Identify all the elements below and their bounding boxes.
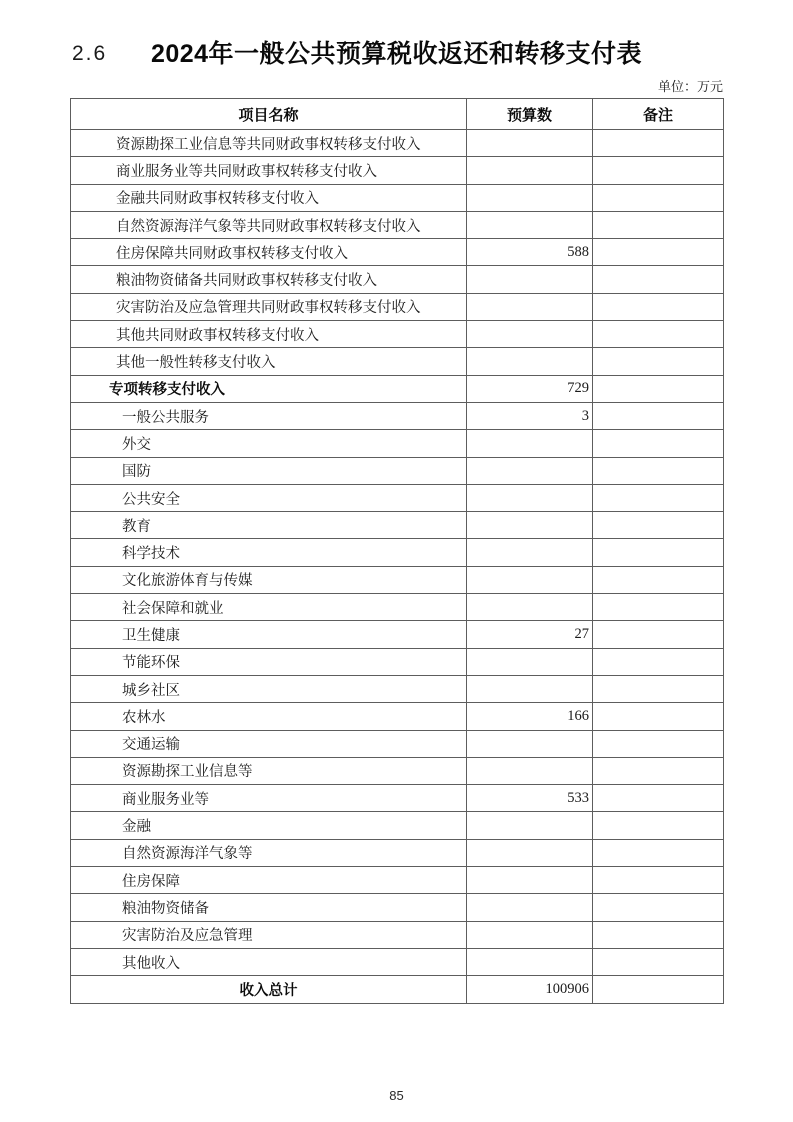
item-name-cell: 其他一般性转移支付收入	[71, 348, 467, 375]
note-cell	[593, 757, 724, 784]
table-row: 住房保障	[71, 867, 724, 894]
item-name-cell: 灾害防治及应急管理	[71, 921, 467, 948]
document-page: 2.6 2024年一般公共预算税收返还和转移支付表 单位：万元 项目名称 预算数…	[0, 0, 793, 1122]
note-cell	[593, 375, 724, 402]
note-cell	[593, 948, 724, 975]
item-name-cell: 商业服务业等共同财政事权转移支付收入	[71, 157, 467, 184]
table-row: 灾害防治及应急管理共同财政事权转移支付收入	[71, 293, 724, 320]
item-name-cell: 金融	[71, 812, 467, 839]
note-cell	[593, 130, 724, 157]
note-cell	[593, 321, 724, 348]
table-row: 商业服务业等533	[71, 785, 724, 812]
budget-value-cell	[467, 894, 593, 921]
table-row: 公共安全	[71, 484, 724, 511]
table-row: 农林水166	[71, 703, 724, 730]
item-name-cell: 科学技术	[71, 539, 467, 566]
note-cell	[593, 566, 724, 593]
budget-value-cell	[467, 594, 593, 621]
budget-value-cell: 533	[467, 785, 593, 812]
table-row: 粮油物资储备共同财政事权转移支付收入	[71, 266, 724, 293]
section-number: 2.6	[72, 42, 107, 66]
table-row: 外交	[71, 430, 724, 457]
note-cell	[593, 921, 724, 948]
budget-value-cell: 100906	[467, 976, 593, 1003]
budget-value-cell	[467, 293, 593, 320]
budget-value-cell	[467, 184, 593, 211]
item-name-cell: 文化旅游体育与传媒	[71, 566, 467, 593]
note-cell	[593, 484, 724, 511]
item-name-cell: 住房保障共同财政事权转移支付收入	[71, 239, 467, 266]
item-name-cell: 其他收入	[71, 948, 467, 975]
budget-value-cell	[467, 566, 593, 593]
table-row: 其他共同财政事权转移支付收入	[71, 321, 724, 348]
table-row: 节能环保	[71, 648, 724, 675]
note-cell	[593, 348, 724, 375]
item-name-cell: 农林水	[71, 703, 467, 730]
table-row: 国防	[71, 457, 724, 484]
note-cell	[593, 539, 724, 566]
table-row: 资源勘探工业信息等	[71, 757, 724, 784]
budget-value-cell: 27	[467, 621, 593, 648]
note-cell	[593, 648, 724, 675]
table-row: 商业服务业等共同财政事权转移支付收入	[71, 157, 724, 184]
budget-table: 项目名称 预算数 备注 资源勘探工业信息等共同财政事权转移支付收入商业服务业等共…	[70, 98, 724, 1004]
item-name-cell: 自然资源海洋气象等共同财政事权转移支付收入	[71, 211, 467, 238]
table-row: 专项转移支付收入729	[71, 375, 724, 402]
item-name-cell: 粮油物资储备	[71, 894, 467, 921]
budget-value-cell	[467, 730, 593, 757]
table-row: 其他一般性转移支付收入	[71, 348, 724, 375]
table-body: 资源勘探工业信息等共同财政事权转移支付收入商业服务业等共同财政事权转移支付收入金…	[71, 130, 724, 1004]
note-cell	[593, 621, 724, 648]
item-name-cell: 一般公共服务	[71, 402, 467, 429]
budget-value-cell: 3	[467, 402, 593, 429]
item-name-cell: 专项转移支付收入	[71, 375, 467, 402]
budget-value-cell: 729	[467, 375, 593, 402]
note-cell	[593, 785, 724, 812]
note-cell	[593, 675, 724, 702]
note-cell	[593, 266, 724, 293]
budget-value-cell	[467, 321, 593, 348]
column-header-budget: 预算数	[467, 99, 593, 130]
budget-value-cell	[467, 648, 593, 675]
note-cell	[593, 594, 724, 621]
budget-value-cell	[467, 348, 593, 375]
note-cell	[593, 812, 724, 839]
table-row: 城乡社区	[71, 675, 724, 702]
budget-value-cell	[467, 948, 593, 975]
table-row: 收入总计100906	[71, 976, 724, 1003]
table-row: 一般公共服务3	[71, 402, 724, 429]
table-row: 灾害防治及应急管理	[71, 921, 724, 948]
page-number: 85	[70, 1088, 723, 1103]
table-row: 教育	[71, 512, 724, 539]
unit-note: 单位：万元	[70, 79, 723, 95]
item-name-cell: 住房保障	[71, 867, 467, 894]
table-row: 粮油物资储备	[71, 894, 724, 921]
note-cell	[593, 430, 724, 457]
item-name-cell: 商业服务业等	[71, 785, 467, 812]
note-cell	[593, 867, 724, 894]
budget-value-cell	[467, 839, 593, 866]
table-row: 其他收入	[71, 948, 724, 975]
item-name-cell: 交通运输	[71, 730, 467, 757]
item-name-cell: 粮油物资储备共同财政事权转移支付收入	[71, 266, 467, 293]
table-row: 社会保障和就业	[71, 594, 724, 621]
column-header-note: 备注	[593, 99, 724, 130]
budget-value-cell	[467, 211, 593, 238]
item-name-cell: 灾害防治及应急管理共同财政事权转移支付收入	[71, 293, 467, 320]
table-row: 金融	[71, 812, 724, 839]
budget-value-cell	[467, 539, 593, 566]
note-cell	[593, 157, 724, 184]
table-row: 资源勘探工业信息等共同财政事权转移支付收入	[71, 130, 724, 157]
table-row: 文化旅游体育与传媒	[71, 566, 724, 593]
column-header-item-name: 项目名称	[71, 99, 467, 130]
budget-value-cell	[467, 512, 593, 539]
note-cell	[593, 184, 724, 211]
note-cell	[593, 976, 724, 1003]
note-cell	[593, 839, 724, 866]
item-name-cell: 国防	[71, 457, 467, 484]
budget-value-cell	[467, 430, 593, 457]
page-title: 2024年一般公共预算税收返还和转移支付表	[70, 38, 723, 70]
budget-value-cell	[467, 130, 593, 157]
table-row: 自然资源海洋气象等	[71, 839, 724, 866]
item-name-cell: 社会保障和就业	[71, 594, 467, 621]
item-name-cell: 其他共同财政事权转移支付收入	[71, 321, 467, 348]
note-cell	[593, 457, 724, 484]
note-cell	[593, 703, 724, 730]
budget-value-cell	[467, 266, 593, 293]
item-name-cell: 卫生健康	[71, 621, 467, 648]
item-name-cell: 资源勘探工业信息等共同财政事权转移支付收入	[71, 130, 467, 157]
budget-value-cell	[467, 457, 593, 484]
budget-value-cell	[467, 867, 593, 894]
budget-value-cell	[467, 921, 593, 948]
budget-value-cell: 588	[467, 239, 593, 266]
table-row: 卫生健康27	[71, 621, 724, 648]
table-row: 自然资源海洋气象等共同财政事权转移支付收入	[71, 211, 724, 238]
table-row: 科学技术	[71, 539, 724, 566]
item-name-cell: 教育	[71, 512, 467, 539]
budget-value-cell	[467, 157, 593, 184]
document-heading: 2.6 2024年一般公共预算税收返还和转移支付表	[70, 38, 723, 70]
item-name-cell: 收入总计	[71, 976, 467, 1003]
note-cell	[593, 730, 724, 757]
item-name-cell: 金融共同财政事权转移支付收入	[71, 184, 467, 211]
item-name-cell: 自然资源海洋气象等	[71, 839, 467, 866]
note-cell	[593, 293, 724, 320]
item-name-cell: 节能环保	[71, 648, 467, 675]
table-row: 金融共同财政事权转移支付收入	[71, 184, 724, 211]
table-header-row: 项目名称 预算数 备注	[71, 99, 724, 130]
item-name-cell: 资源勘探工业信息等	[71, 757, 467, 784]
note-cell	[593, 894, 724, 921]
budget-value-cell: 166	[467, 703, 593, 730]
table-row: 交通运输	[71, 730, 724, 757]
note-cell	[593, 512, 724, 539]
table-row: 住房保障共同财政事权转移支付收入588	[71, 239, 724, 266]
note-cell	[593, 211, 724, 238]
budget-value-cell	[467, 675, 593, 702]
budget-value-cell	[467, 812, 593, 839]
budget-value-cell	[467, 484, 593, 511]
note-cell	[593, 402, 724, 429]
item-name-cell: 外交	[71, 430, 467, 457]
note-cell	[593, 239, 724, 266]
item-name-cell: 公共安全	[71, 484, 467, 511]
budget-value-cell	[467, 757, 593, 784]
item-name-cell: 城乡社区	[71, 675, 467, 702]
